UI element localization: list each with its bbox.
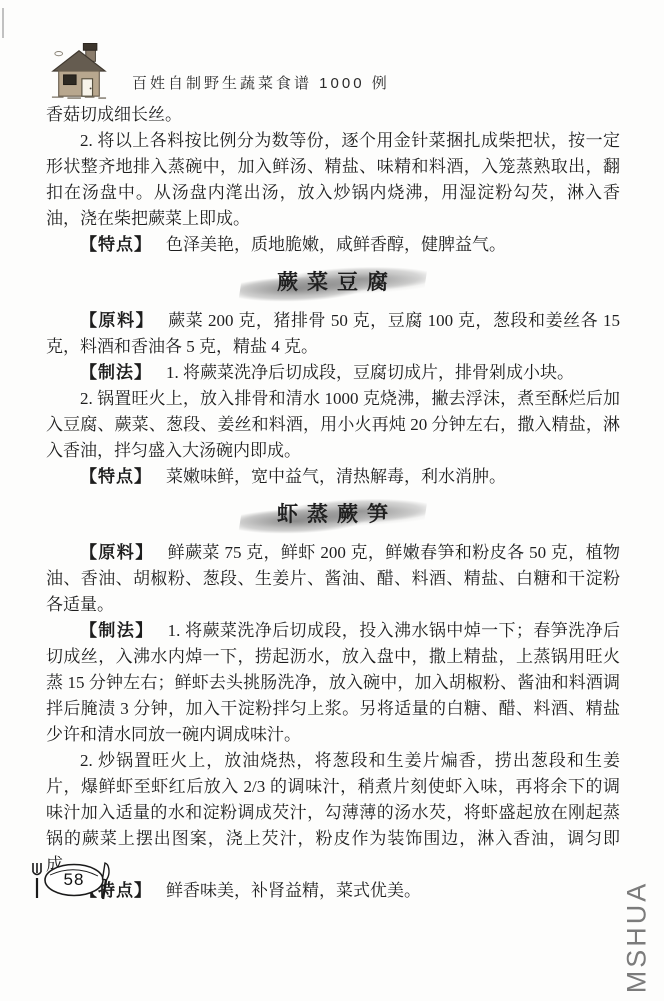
- feature-paragraph: 【特点】菜嫩味鲜，宽中益气，清热解毒，利水消肿。: [46, 464, 620, 490]
- method-step1-text: 1. 将蕨菜洗净后切成段，豆腐切成片，排骨剁成小块。: [166, 363, 574, 382]
- feature-label: 【特点】: [80, 235, 152, 254]
- recipe-title-banner: 蕨菜豆腐: [46, 265, 620, 303]
- page-content: 香菇切成细长丝。 2. 将以上各料按比例分为数等份，逐个用金针菜捆扎成柴把状，按…: [46, 102, 620, 904]
- feature-label: 【特点】: [80, 467, 152, 486]
- feature-paragraph: 【特点】鲜香味美，补肾益精，菜式优美。: [46, 878, 620, 904]
- intro-step-paragraph: 2. 将以上各料按比例分为数等份，逐个用金针菜捆扎成柴把状，按一定形状整齐地排入…: [46, 128, 620, 232]
- method-paragraph: 【制法】1. 将蕨菜洗净后切成段，投入沸水锅中焯一下；春笋洗净后切成丝，入沸水内…: [46, 618, 620, 748]
- recipe-title: 虾蒸蕨笋: [247, 497, 419, 535]
- recipe-title-banner: 虾蒸蕨笋: [46, 497, 620, 535]
- page-header: 百姓自制野生蔬菜食谱 1000 例: [50, 42, 390, 102]
- page-number-badge: 58: [28, 858, 116, 904]
- method-label: 【制法】: [80, 363, 152, 382]
- intro-feature-paragraph: 【特点】色泽美艳，质地脆嫩，咸鲜香醇，健脾益气。: [46, 232, 620, 258]
- book-title: 百姓自制野生蔬菜食谱 1000 例: [132, 72, 390, 93]
- feature-text: 色泽美艳，质地脆嫩，咸鲜香醇，健脾益气。: [166, 235, 506, 254]
- ingredients-label: 【原料】: [80, 311, 154, 330]
- house-icon: [50, 42, 108, 102]
- scan-edge-artifact: [2, 8, 4, 38]
- ingredients-paragraph: 【原料】鲜蕨菜 75 克，鲜虾 200 克，鲜嫩春笋和粉皮各 50 克，植物油、…: [46, 540, 620, 618]
- method-step2-paragraph: 2. 锅置旺火上，放入排骨和清水 1000 克烧沸，撇去浮沫，煮至酥烂后加入豆腐…: [46, 386, 620, 464]
- watermark-text: MSHUA: [622, 881, 653, 994]
- method-label: 【制法】: [80, 621, 154, 640]
- feature-text: 鲜香味美，补肾益精，菜式优美。: [166, 881, 421, 900]
- recipe-title: 蕨菜豆腐: [247, 265, 419, 303]
- ingredients-paragraph: 【原料】蕨菜 200 克，猪排骨 50 克，豆腐 100 克，葱段和姜丝各 15…: [46, 308, 620, 360]
- book-page: 百姓自制野生蔬菜食谱 1000 例 香菇切成细长丝。 2. 将以上各料按比例分为…: [0, 0, 664, 1001]
- ingredients-label: 【原料】: [80, 543, 154, 562]
- method-paragraph: 【制法】1. 将蕨菜洗净后切成段，豆腐切成片，排骨剁成小块。: [46, 360, 620, 386]
- intro-continuation-line: 香菇切成细长丝。: [46, 102, 620, 128]
- feature-text: 菜嫩味鲜，宽中益气，清热解毒，利水消肿。: [166, 467, 506, 486]
- method-step2-paragraph: 2. 炒锅置旺火上，放油烧热，将葱段和生姜片煸香，捞出葱段和生姜片，爆鲜虾至虾红…: [46, 748, 620, 878]
- page-number: 58: [46, 858, 102, 902]
